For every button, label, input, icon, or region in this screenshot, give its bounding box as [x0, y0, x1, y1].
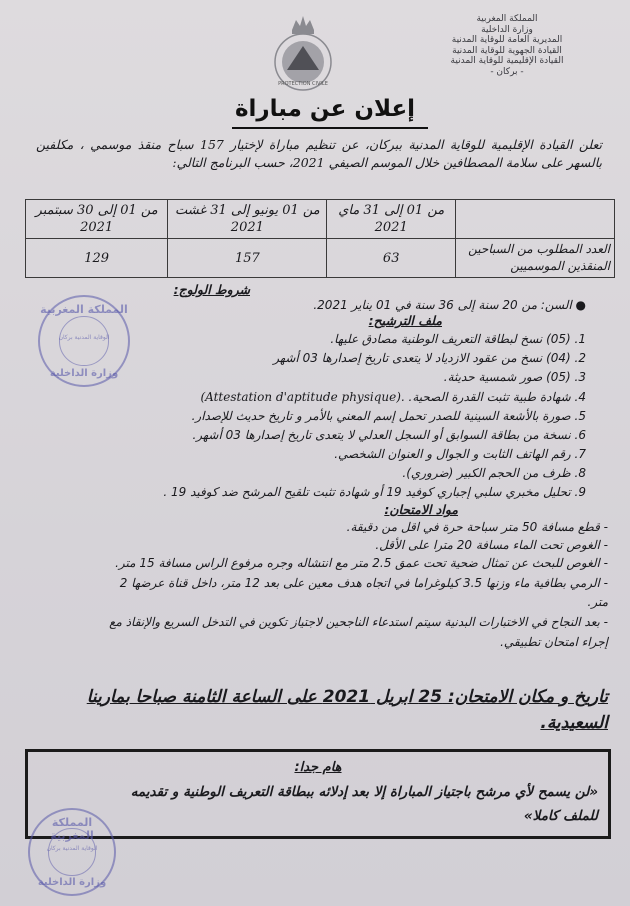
- table-row: العدد المطلوب من السباحين المنقذين الموس…: [26, 239, 615, 278]
- page-title: إعلان عن مباراة: [220, 96, 430, 122]
- exam-subject-item: إجراء امتحان تطبيقي.: [500, 634, 608, 651]
- application-file-item: 6. نسخة من بطاقة السوابق أو السجل العدلي…: [192, 427, 586, 444]
- official-stamp-icon: المملكة المغربية الوقاية المدنية بركان و…: [38, 295, 130, 387]
- header-line: المديرية العامة للوقاية المدنية: [402, 35, 612, 46]
- application-file-item: 2. (04) نسخ من عقود الازدياد لا يتعدى تا…: [273, 350, 586, 367]
- access-conditions-heading: شروط الولوج:: [174, 282, 250, 297]
- table-header-cell: من 01 يونيو إلى 31 غشت 2021: [168, 200, 327, 239]
- institution-header: المملكة المغربية وزارة الداخلية المديرية…: [402, 14, 612, 77]
- exam-subject-item: - بعد النجاح في الاختبارات البدنية سيتم …: [109, 614, 608, 631]
- french-term: (Attestation d'aptitude physique).: [200, 390, 404, 404]
- table-header-cell: من 01 إلى 31 ماي 2021: [327, 200, 456, 239]
- table-corner-cell: [456, 200, 615, 239]
- svg-text:PROTECTION CIVILE: PROTECTION CIVILE: [278, 81, 328, 87]
- bullet-icon: ●: [572, 298, 586, 312]
- table-row-label: العدد المطلوب من السباحين المنقذين الموس…: [456, 239, 615, 278]
- important-text: «لن يسمح لأي مرشح باجتياز المباراة إلا ب…: [38, 780, 598, 828]
- table-cell: 157: [168, 239, 327, 278]
- application-file-item: 8. ظرف من الحجم الكبير (ضروري).: [402, 465, 586, 482]
- important-title: هام جدا:: [28, 760, 608, 775]
- access-condition-item: ● السن: من 20 سنة إلى 36 سنة في 01 يناير…: [313, 297, 586, 314]
- application-file-item: 4. شهادة طبية تثبت القدرة الصحية. (Attes…: [200, 389, 586, 406]
- application-file-item: 7. رقم الهاتف الثابت و الجوال و العنوان …: [334, 446, 586, 463]
- title-underline: [232, 127, 428, 129]
- application-file-item: 1. (05) نسخ لبطاقة التعريف الوطنية مصادق…: [330, 331, 586, 348]
- exam-subject-item: - الغوص تحت الماء مسافة 20 مترا على الأق…: [375, 537, 608, 554]
- exam-subject-item: - الرمي بطافية ماء وزنها 3.5 كيلوغراما ف…: [120, 575, 608, 592]
- table-cell: 129: [26, 239, 168, 278]
- application-file-heading: ملف الترشيح:: [369, 313, 442, 328]
- table-header-row: من 01 إلى 31 ماي 2021 من 01 يونيو إلى 31…: [26, 200, 615, 239]
- document-page: المملكة المغربية وزارة الداخلية المديرية…: [0, 0, 630, 906]
- table-header-cell: من 01 إلى 30 سبتمبر 2021: [26, 200, 168, 239]
- application-file-item: 3. (05) صور شمسية حديثة.: [444, 369, 586, 386]
- application-file-item: 5. صورة بالأشعة السينية للصدر تحمل إسم ا…: [192, 408, 586, 425]
- header-line: المملكة المغربية: [402, 14, 612, 25]
- application-file-item: 9. تحليل مخبري سلبي إجباري كوفيد 19 أو ش…: [163, 484, 586, 501]
- table-cell: 63: [327, 239, 456, 278]
- exam-subject-item: - الغوص للبحث عن تمثال ضحية تحت عمق 2.5 …: [115, 555, 608, 572]
- schedule-table: من 01 إلى 31 ماي 2021 من 01 يونيو إلى 31…: [25, 199, 615, 278]
- exam-subjects-heading: مواد الامتحان:: [384, 502, 458, 517]
- header-line: - بركان -: [402, 67, 612, 78]
- exam-subject-item: متر.: [588, 594, 608, 611]
- protection-civile-logo-icon: PROTECTION CIVILE: [262, 12, 344, 92]
- official-stamp-icon: المملكة المغربية الوقاية المدنية بركان و…: [28, 808, 116, 896]
- exam-subject-item: - قطع مسافة 50 متر سباحة حرة في اقل من د…: [347, 519, 608, 536]
- header-line: القيادة الجهوية للوقاية المدنية: [402, 46, 612, 57]
- intro-paragraph: تعلن القيادة الإقليمية للوقاية المدنية ب…: [36, 136, 602, 172]
- header-line: وزارة الداخلية: [402, 25, 612, 36]
- header-line: القيادة الإقليمية للوقاية المدنية: [402, 56, 612, 67]
- exam-date-place: تاريخ و مكان الامتحان: 25 ابريل 2021 على…: [18, 684, 608, 736]
